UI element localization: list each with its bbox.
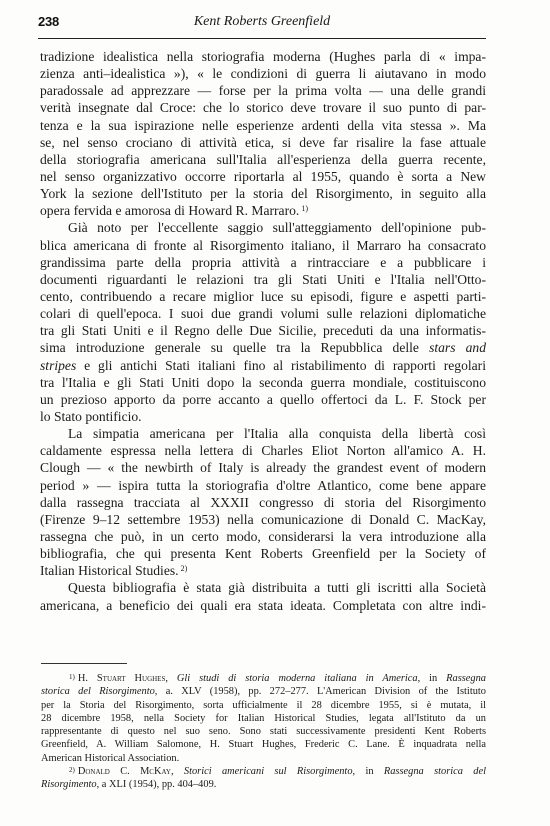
footnote-line: Risorgimento, a XLI (1954), pp. 404–409. [41, 778, 486, 791]
footnote-separator [41, 663, 127, 664]
body-text-segment: e gli antichi Stati italiani fino al ris… [76, 358, 486, 373]
footnote-reference[interactable]: 2) [181, 564, 188, 573]
footnote-text: rappresentante di questo nel suo seno. S… [41, 726, 486, 737]
body-text-segment: dalla rassegna tracciata al XXXII congre… [40, 495, 486, 510]
footnote-marker: 2) [69, 766, 75, 774]
body-text-segment: York la sezione dell'Istituto per la sto… [40, 186, 486, 201]
body-text-segment: Italian Historical Studies. [40, 563, 179, 578]
footnote: 2)Donald C. McKay, Storici americani sul… [41, 765, 486, 792]
body-line: tra l'Italia e gli Stati Uniti dopo la s… [40, 374, 486, 391]
footnote-text: , [165, 673, 177, 684]
body-line: rassegna che può, in un certo modo, cons… [40, 528, 486, 545]
body-line: bibliografia, che qui presenta Kent Robe… [40, 545, 486, 562]
paragraph-first-line: Questa bibliografia è stata già distribu… [40, 579, 486, 596]
title-italic: Rassegna storica del [384, 766, 486, 777]
body-text-segment: rassegna che può, in un certo modo, cons… [40, 529, 486, 544]
footnote: 1)H. Stuart Hughes, Gli studi di storia … [41, 672, 486, 765]
body-text-segment: tra gli Stati Uniti e il Regno delle Due… [40, 323, 486, 338]
body-line: blica americana di fronte al Risorgiment… [40, 237, 486, 254]
body-line: York la sezione dell'Istituto per la sto… [40, 185, 486, 202]
footnote-line: per la Storia del Risorgimento, sorta uf… [41, 699, 486, 712]
body-text-segment: della storiografia americana sull'Italia… [40, 152, 486, 167]
body-line: dalla rassegna tracciata al XXXII congre… [40, 494, 486, 511]
paragraph-first-line: La simpatia americana per l'Italia alla … [40, 425, 486, 442]
italic-phrase: stripes [40, 358, 76, 373]
body-line: (Firenze 9–12 settembre 1953) nella comu… [40, 511, 486, 528]
body-line: della storiografia americana sull'Italia… [40, 151, 486, 168]
footnote-line: 28 dicembre 1958, nella Society for Ital… [41, 712, 486, 725]
footnote-text: , in [418, 673, 447, 684]
footnote-text: , [171, 766, 184, 777]
paragraph-first-line: Già noto per l'eccellente saggio sull'at… [40, 219, 486, 236]
footnote-line: 1)H. Stuart Hughes, Gli studi di storia … [41, 672, 486, 685]
body-text-segment: tra l'Italia e gli Stati Uniti dopo la s… [40, 375, 486, 390]
body-text: tradizione idealistica nella storiografi… [40, 48, 486, 614]
footnote-text: , in [353, 766, 384, 777]
body-line: lo Stato pontificio. [40, 408, 486, 425]
body-line: colari di quell'epoca. I suoi due grandi… [40, 305, 486, 322]
body-text-segment: Clough — « the newbirth of Italy is alre… [40, 460, 486, 475]
body-line: tenza e la sua ispirazione nelle esperie… [40, 117, 486, 134]
body-line: zienza anti–idealistica »), « le condizi… [40, 65, 486, 82]
body-text-segment: paradossale ad apprezzare — forse per la… [40, 83, 486, 98]
body-text-segment: colari di quell'epoca. I suoi due grandi… [40, 306, 486, 321]
footnote-line: 2)Donald C. McKay, Storici americani sul… [41, 765, 486, 778]
body-text-segment: nel senso organizzativo occorre riportar… [40, 169, 486, 184]
body-line: se, nel senso crociano di attività etica… [40, 134, 486, 151]
body-text-segment: bibliografia, che qui presenta Kent Robe… [40, 546, 486, 561]
footnote-text: American Historical Association. [41, 753, 179, 764]
body-line: paradossale ad apprezzare — forse per la… [40, 82, 486, 99]
author-name: Stuart Hughes [97, 673, 165, 684]
footnote-reference[interactable]: 1) [301, 204, 308, 213]
body-line: verità insegnate dal Croce: che lo stori… [40, 99, 486, 116]
body-line: un prezioso apporto da porre accanto a q… [40, 391, 486, 408]
body-text-segment: verità insegnate dal Croce: che lo stori… [40, 100, 486, 115]
body-line: americana, a beneficio dei quali era sta… [40, 597, 486, 614]
body-line: tra gli Stati Uniti e il Regno delle Due… [40, 322, 486, 339]
body-line: sima introduzione generale su quelle tra… [40, 339, 486, 356]
body-line: opera fervida e amorosa di Howard R. Mar… [40, 202, 486, 219]
body-text-segment: grandissima parte della propria attività… [40, 255, 486, 270]
body-text-segment: un prezioso apporto da porre accanto a q… [40, 392, 486, 407]
body-text-segment: period » — ispira tutta la storiografia … [40, 478, 486, 493]
author-name: Donald C. McKay [78, 766, 171, 777]
body-text-segment: sima introduzione generale su quelle tra… [40, 340, 429, 355]
body-line: nel senso organizzativo occorre riportar… [40, 168, 486, 185]
italic-phrase: stars and [429, 340, 486, 355]
header-rule [38, 38, 486, 39]
body-text-segment: opera fervida e amorosa di Howard R. Mar… [40, 203, 299, 218]
body-text-segment: documenti riguardanti le relazioni tra g… [40, 272, 486, 287]
title-italic: Risorgimento [41, 779, 97, 790]
body-line: Italian Historical Studies.2) [40, 562, 486, 579]
running-head: Kent Roberts Greenfield [38, 14, 486, 30]
footnote-text: , a XLI (1954), pp. 404–409. [97, 779, 217, 790]
footnote-line: storica del Risorgimento, a. XLV (1958),… [41, 685, 486, 698]
body-text-segment: La simpatia americana per l'Italia alla … [68, 426, 486, 441]
body-line: documenti riguardanti le relazioni tra g… [40, 271, 486, 288]
body-text-segment: caldamente espressa nella lettera di Cha… [40, 443, 486, 458]
body-text-segment: se, nel senso crociano di attività etica… [40, 135, 486, 150]
body-text-segment: tradizione idealistica nella storiografi… [40, 49, 486, 64]
footnote-line: American Historical Association. [41, 752, 486, 765]
page-header: 238 Kent Roberts Greenfield [38, 12, 486, 34]
footnotes: 1)H. Stuart Hughes, Gli studi di storia … [41, 672, 486, 792]
body-line: tradizione idealistica nella storiografi… [40, 48, 486, 65]
title-italic: Gli studi di storia moderna italiana in … [177, 673, 418, 684]
footnote-text: , a. XLV (1958), pp. 272–277. L'American… [155, 686, 486, 697]
body-text-segment: lo Stato pontificio. [40, 409, 142, 424]
footnote-text: Greenfield, A. William Salomone, H. Stua… [41, 739, 486, 750]
body-text-segment: tenza e la sua ispirazione nelle esperie… [40, 118, 486, 133]
body-text-segment: zienza anti–idealistica »), « le condizi… [40, 66, 486, 81]
footnote-text: per la Storia del Risorgimento, sorta uf… [41, 700, 486, 711]
body-line: caldamente espressa nella lettera di Cha… [40, 442, 486, 459]
body-line: stripes e gli antichi Stati italiani fin… [40, 357, 486, 374]
body-line: Clough — « the newbirth of Italy is alre… [40, 459, 486, 476]
body-line: grandissima parte della propria attività… [40, 254, 486, 271]
title-italic: Rassegna [446, 673, 486, 684]
body-text-segment: americana, a beneficio dei quali era sta… [40, 598, 486, 613]
footnote-text: 28 dicembre 1958, nella Society for Ital… [41, 713, 486, 724]
body-line: cento, contribuendo a recare miglior luc… [40, 288, 486, 305]
footnote-line: rappresentante di questo nel suo seno. S… [41, 725, 486, 738]
footnote-text: H. [78, 673, 97, 684]
footnote-marker: 1) [69, 673, 75, 681]
body-text-segment: (Firenze 9–12 settembre 1953) nella comu… [40, 512, 486, 527]
body-text-segment: blica americana di fronte al Risorgiment… [40, 238, 486, 253]
body-text-segment: cento, contribuendo a recare miglior luc… [40, 289, 486, 304]
document-page: 238 Kent Roberts Greenfield tradizione i… [0, 0, 550, 826]
title-italic: storica del Risorgimento [41, 686, 155, 697]
title-italic: Storici americani sul Risorgimento [184, 766, 353, 777]
footnote-line: Greenfield, A. William Salomone, H. Stua… [41, 738, 486, 751]
body-text-segment: Questa bibliografia è stata già distribu… [68, 580, 486, 595]
body-line: period » — ispira tutta la storiografia … [40, 477, 486, 494]
body-text-segment: Già noto per l'eccellente saggio sull'at… [68, 220, 486, 235]
